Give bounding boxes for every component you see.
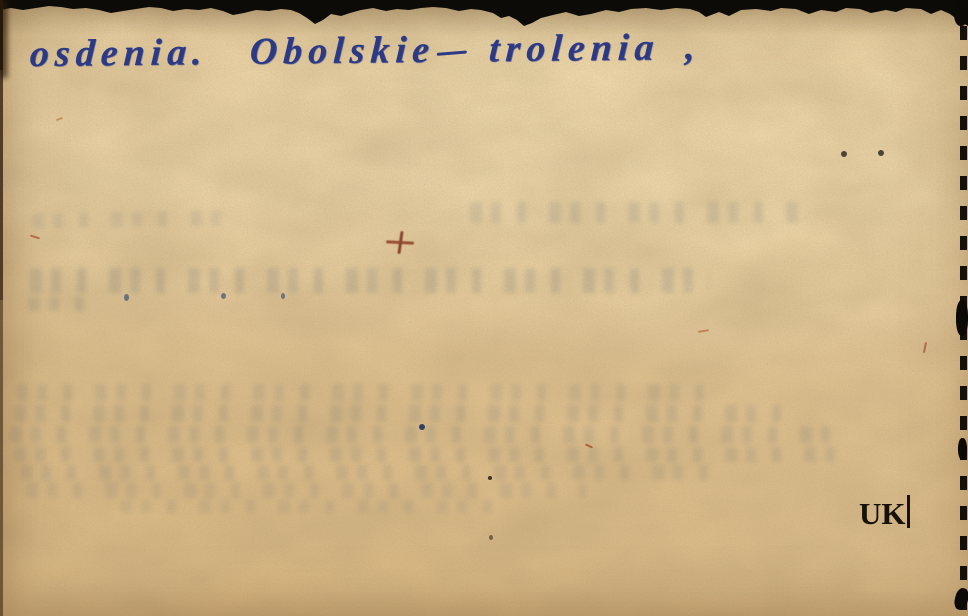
ink-speck: [221, 293, 226, 299]
scanned-card: { "handwriting": { "ink_color": "#2c3a86…: [0, 0, 968, 616]
bleedthrough-text: [14, 405, 794, 422]
perforation-blob: [956, 300, 968, 336]
ink-speck: [281, 293, 285, 299]
handwriting-word: osdenia.: [29, 30, 209, 76]
bleedthrough-text: [32, 211, 232, 229]
stamp-cut-bar: [907, 495, 910, 528]
bleedthrough-text: [26, 483, 586, 498]
ink-speck: [489, 535, 493, 540]
ink-speck: [124, 294, 129, 301]
bleedthrough-text: [20, 465, 720, 480]
left-edge-line: [0, 0, 3, 616]
perforation-blob: [954, 0, 968, 26]
bleedthrough-text: [28, 297, 98, 311]
scan-vignette: [0, 0, 968, 616]
perforation-blob: [958, 438, 967, 460]
uk-stamp-text: UK: [859, 497, 906, 531]
ink-cross-mark: [386, 231, 414, 255]
ink-speck: [419, 424, 425, 430]
top-edge-shadow: [0, 0, 968, 36]
bleedthrough-text: [120, 500, 500, 513]
ink-speck: [488, 476, 492, 480]
bleedthrough-text: [16, 384, 716, 401]
bleedthrough-text: [14, 447, 844, 462]
ink-speck: [878, 150, 884, 156]
left-edge-smudge: [0, 0, 7, 78]
ink-speck: [841, 151, 847, 157]
uk-stamp: UK: [859, 497, 910, 531]
bleedthrough-text: [470, 202, 800, 223]
bleedthrough-text: [30, 268, 710, 293]
